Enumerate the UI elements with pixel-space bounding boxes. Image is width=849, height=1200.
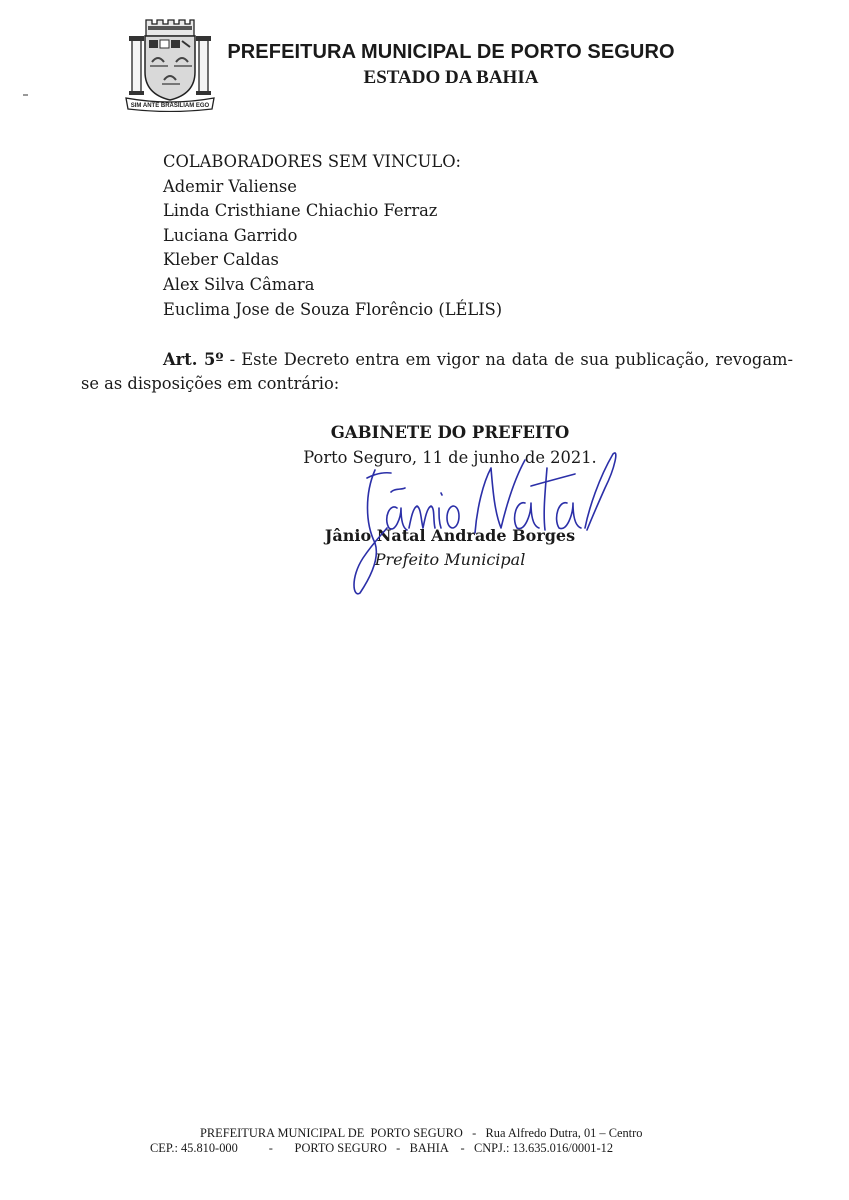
svg-text:SIM ANTE BRASILIAM EGO: SIM ANTE BRASILIAM EGO	[131, 103, 210, 109]
signature-icon	[335, 448, 625, 598]
header-title: PREFEITURA MUNICIPAL DE PORTO SEGURO	[226, 41, 676, 64]
collaborators-heading: COLABORADORES SEM VINCULO:	[163, 150, 502, 175]
list-item: Kleber Caldas	[163, 248, 502, 273]
list-item: Linda Cristhiane Chiachio Ferraz	[163, 199, 502, 224]
list-item: Euclima Jose de Souza Florêncio (LÉLIS)	[163, 298, 502, 323]
article-5: Art. 5º - Este Decreto entra em vigor na…	[81, 348, 793, 396]
scan-mark	[23, 94, 28, 96]
article-label: Art. 5º	[163, 350, 223, 369]
list-item: Alex Silva Câmara	[163, 273, 502, 298]
footer-registration: CEP.: 45.810-000 - PORTO SEGURO - BAHIA …	[150, 1141, 680, 1156]
header-subtitle: ESTADO DA BAHIA	[226, 67, 676, 89]
list-item: Ademir Valiense	[163, 175, 502, 200]
list-item: Luciana Garrido	[163, 224, 502, 249]
collaborators-section: COLABORADORES SEM VINCULO: Ademir Valien…	[163, 150, 502, 322]
document-page: SIM ANTE BRASILIAM EGO PREFEITURA MUNICI…	[0, 0, 849, 1200]
office-name: GABINETE DO PREFEITO	[250, 423, 650, 442]
footer-address: PREFEITURA MUNICIPAL DE PORTO SEGURO - R…	[150, 1126, 680, 1141]
footer: PREFEITURA MUNICIPAL DE PORTO SEGURO - R…	[150, 1126, 680, 1156]
coat-of-arms-icon: SIM ANTE BRASILIAM EGO	[124, 14, 216, 112]
